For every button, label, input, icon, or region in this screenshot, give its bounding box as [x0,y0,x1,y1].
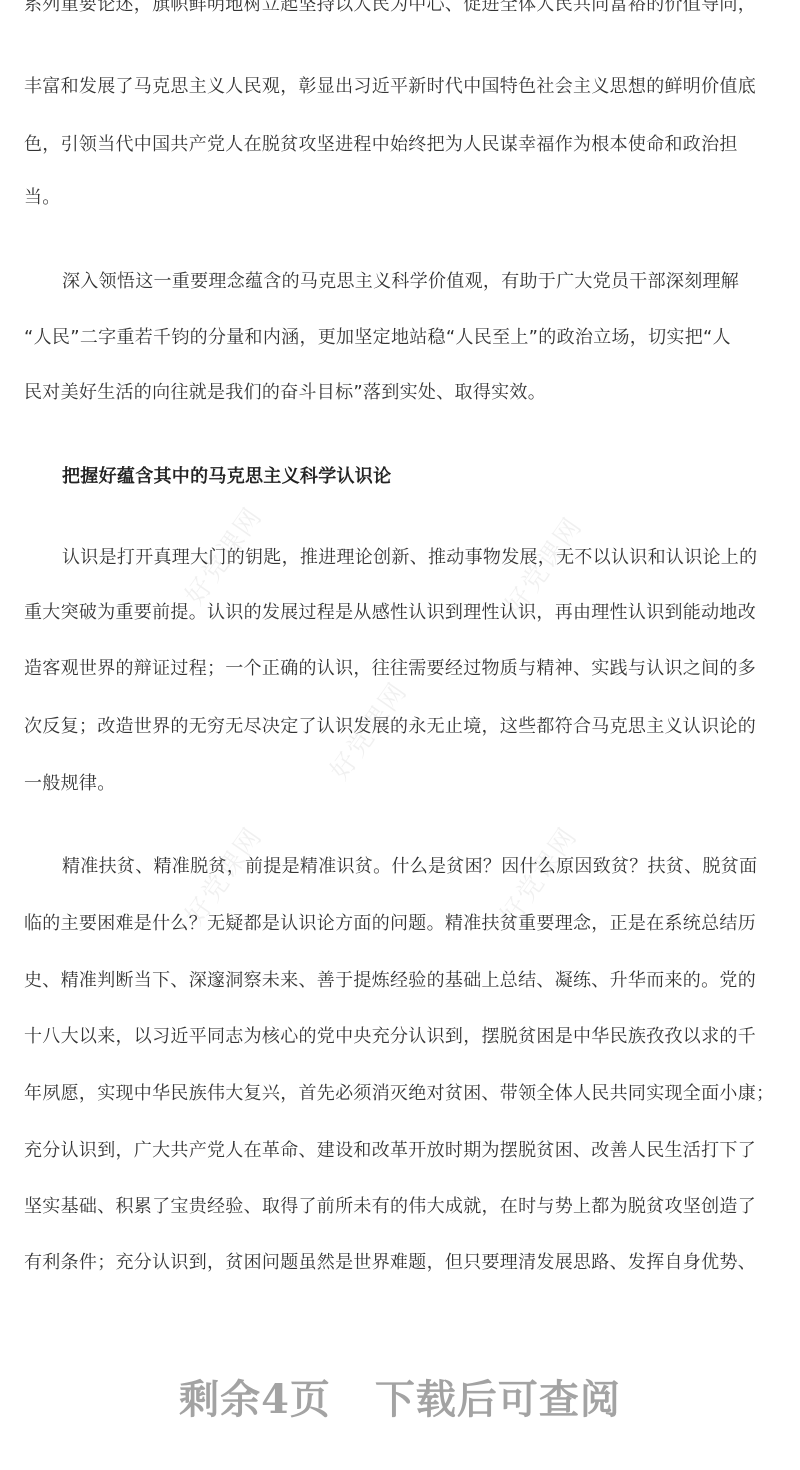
paragraph-line: 精准扶贫、精准脱贫，前提是精准识贫。什么是贫困？因什么原因致贫？扶贫、脱贫面 [62,855,784,879]
paragraph-line: 造客观世界的辩证过程；一个正确的认识，往往需要经过物质与精神、实践与认识之间的多 [24,657,784,681]
paragraph-line: “人民”二字重若千钧的分量和内涵，更加坚定地站稳“人民至上”的政治立场，切实把“… [24,326,784,350]
remaining-pages-label: 剩余4页 [179,1368,331,1425]
download-to-view-label[interactable]: 下载后可查阅 [375,1368,621,1425]
paragraph-line: 次反复；改造世界的无穷无尽决定了认识发展的永无止境，这些都符合马克思主义认识论的 [24,715,784,739]
paragraph-line: 民对美好生活的向往就是我们的奋斗目标”落到实处、取得实效。 [24,381,784,405]
paragraph-line: 深入领悟这一重要理念蕴含的马克思主义科学价值观，有助于广大党员干部深刻理解 [62,270,784,294]
paragraph-line: 色，引领当代中国共产党人在脱贫攻坚进程中始终把为人民谋幸福作为根本使命和政治担 [24,133,784,157]
paragraph-line: 坚实基础、积累了宝贵经验、取得了前所未有的伟大成就，在时与势上都为脱贫攻坚创造了 [24,1195,784,1219]
paragraph-line: 丰富和发展了马克思主义人民观，彰显出习近平新时代中国特色社会主义思想的鲜明价值底 [24,75,784,99]
paragraph-line: 系列重要论述，旗帜鲜明地树立起坚持以人民为中心、促进全体人民共同富裕的价值导向， [24,0,784,17]
paragraph-line: 一般规律。 [24,772,784,796]
paragraph-line: 有利条件；充分认识到，贫困问题虽然是世界难题，但只要理清发展思路、发挥自身优势、 [24,1251,784,1275]
download-prompt[interactable]: 剩余4页下载后可查阅 [0,1368,800,1425]
paragraph-line: 十八大以来，以习近平同志为核心的党中央充分认识到，摆脱贫困是中华民族孜孜以求的千 [24,1025,784,1049]
paragraph-line: 当。 [24,186,784,210]
paragraph-line: 充分认识到，广大共产党人在革命、建设和改革开放时期为摆脱贫困、改善人民生活打下了 [24,1139,784,1163]
section-heading: 把握好蕴含其中的马克思主义科学认识论 [62,465,800,489]
paragraph-line: 临的主要困难是什么？无疑都是认识论方面的问题。精准扶贫重要理念，正是在系统总结历 [24,912,784,936]
paragraph-line: 认识是打开真理大门的钥匙，推进理论创新、推动事物发展，无不以认识和认识论上的 [62,546,784,570]
paragraph-line: 年夙愿，实现中华民族伟大复兴，首先必须消灭绝对贫困、带领全体人民共同实现全面小康… [24,1082,784,1106]
paragraph-line: 重大突破为重要前提。认识的发展过程是从感性认识到理性认识，再由理性认识到能动地改 [24,601,784,625]
paragraph-line: 史、精准判断当下、深邃洞察未来、善于提炼经验的基础上总结、凝练、升华而来的。党的 [24,969,784,993]
